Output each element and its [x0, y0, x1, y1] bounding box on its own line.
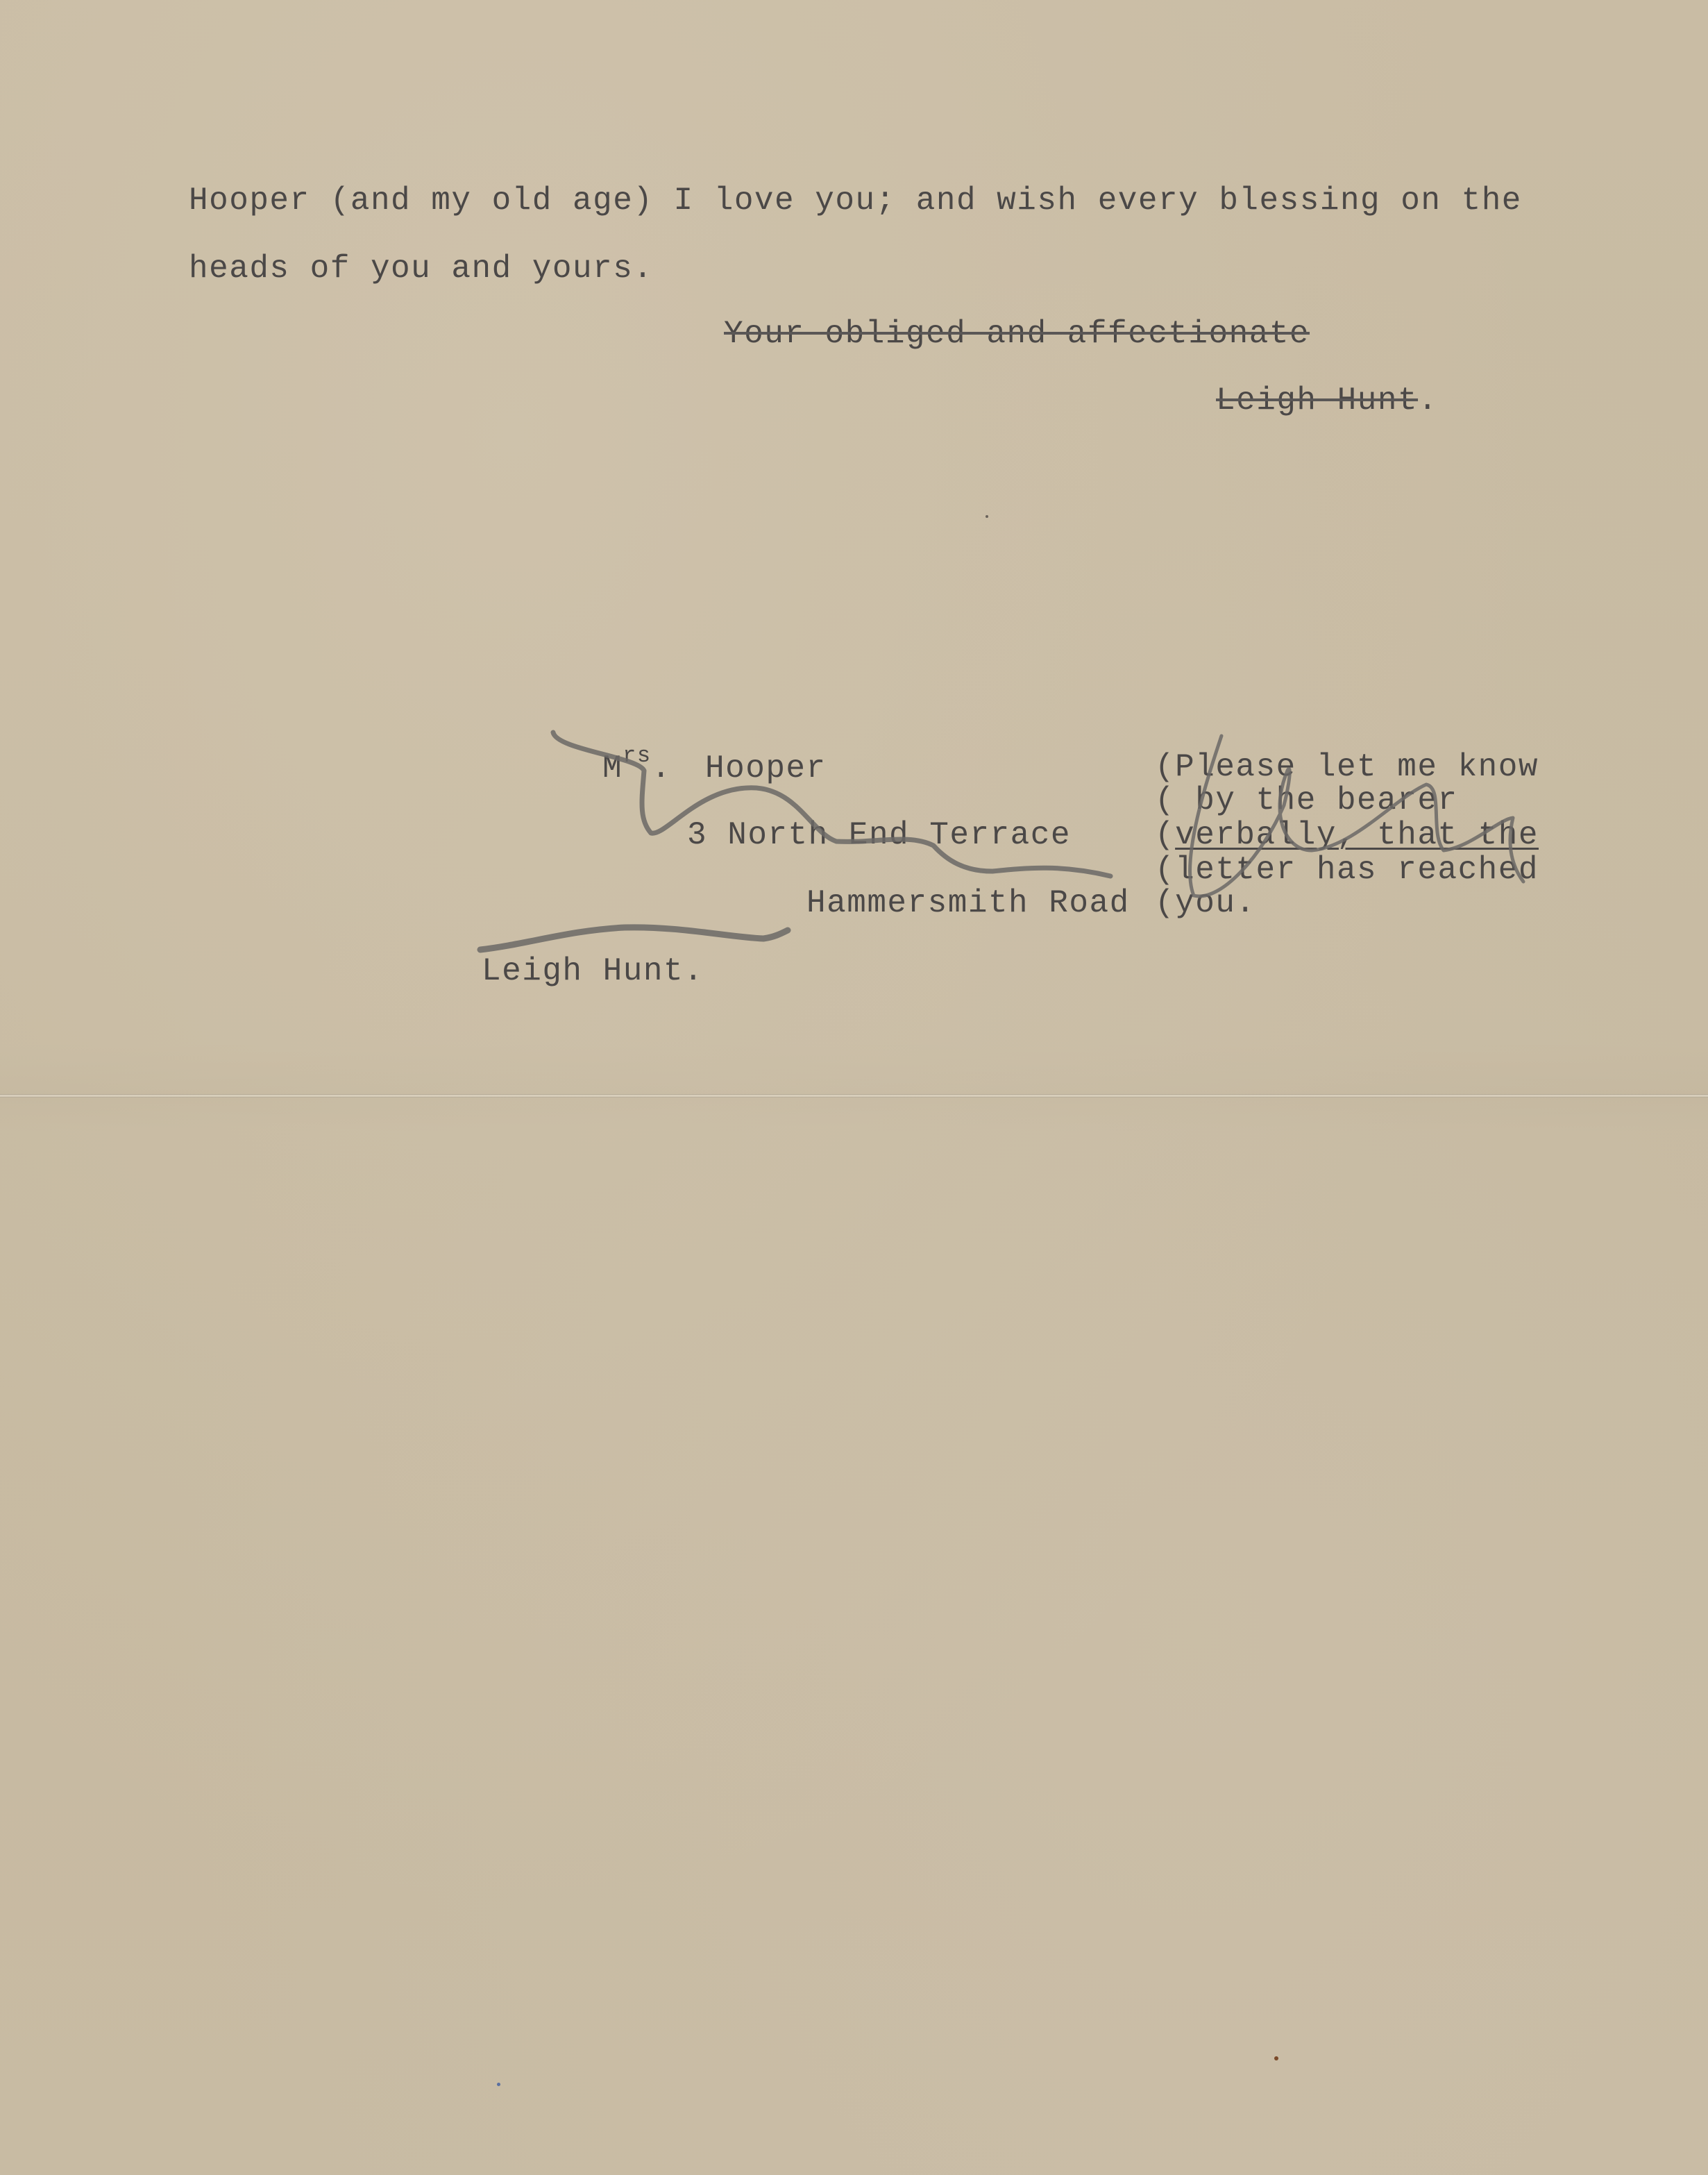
signature-period: . [1418, 383, 1438, 419]
addressee-name: Hooper [705, 753, 827, 784]
bracket-glyph: ( [1155, 852, 1175, 888]
bracket-glyph: ( [1155, 885, 1175, 921]
note-text: Please let me know [1175, 749, 1539, 785]
bracket-glyph: ( [1155, 749, 1175, 785]
ink-speck [497, 2083, 500, 2086]
body-line-2: heads of you and yours. [189, 253, 653, 285]
fold-crease [0, 1094, 1708, 1098]
address-road: Hammersmith Road [806, 887, 1130, 919]
title-base: M [602, 750, 623, 787]
note-text-underlined: verbally, that the [1175, 817, 1539, 853]
bracket-glyph: ( [1155, 782, 1175, 818]
note-line-2: ( by the bearer [1155, 784, 1458, 816]
note-text: you. [1175, 885, 1255, 921]
note-text: letter has reached [1175, 852, 1539, 888]
address-street: 3 North End Terrace [687, 819, 1071, 851]
note-line-5: (you. [1155, 887, 1256, 919]
signature-line: Leigh Hunt. [1216, 385, 1438, 417]
ink-speck [1274, 2056, 1278, 2060]
note-line-4: (letter has reached [1155, 854, 1539, 886]
note-line-3: (verbally, that the [1155, 819, 1539, 851]
addressee-title: Mrs. [602, 753, 672, 784]
note-line-1: (Please let me know [1155, 751, 1539, 783]
title-sup: rs [623, 743, 651, 769]
ink-speck [986, 515, 988, 518]
sender-name: Leigh Hunt. [482, 955, 704, 987]
valediction-struck: Your obliged and affectionate [724, 318, 1310, 350]
signature-struck: Leigh Hunt [1216, 383, 1418, 419]
bracket-glyph: ( [1155, 817, 1175, 853]
body-line-1: Hooper (and my old age) I love you; and … [189, 185, 1522, 217]
note-text: by the bearer [1175, 782, 1457, 818]
title-dot: . [652, 750, 672, 787]
